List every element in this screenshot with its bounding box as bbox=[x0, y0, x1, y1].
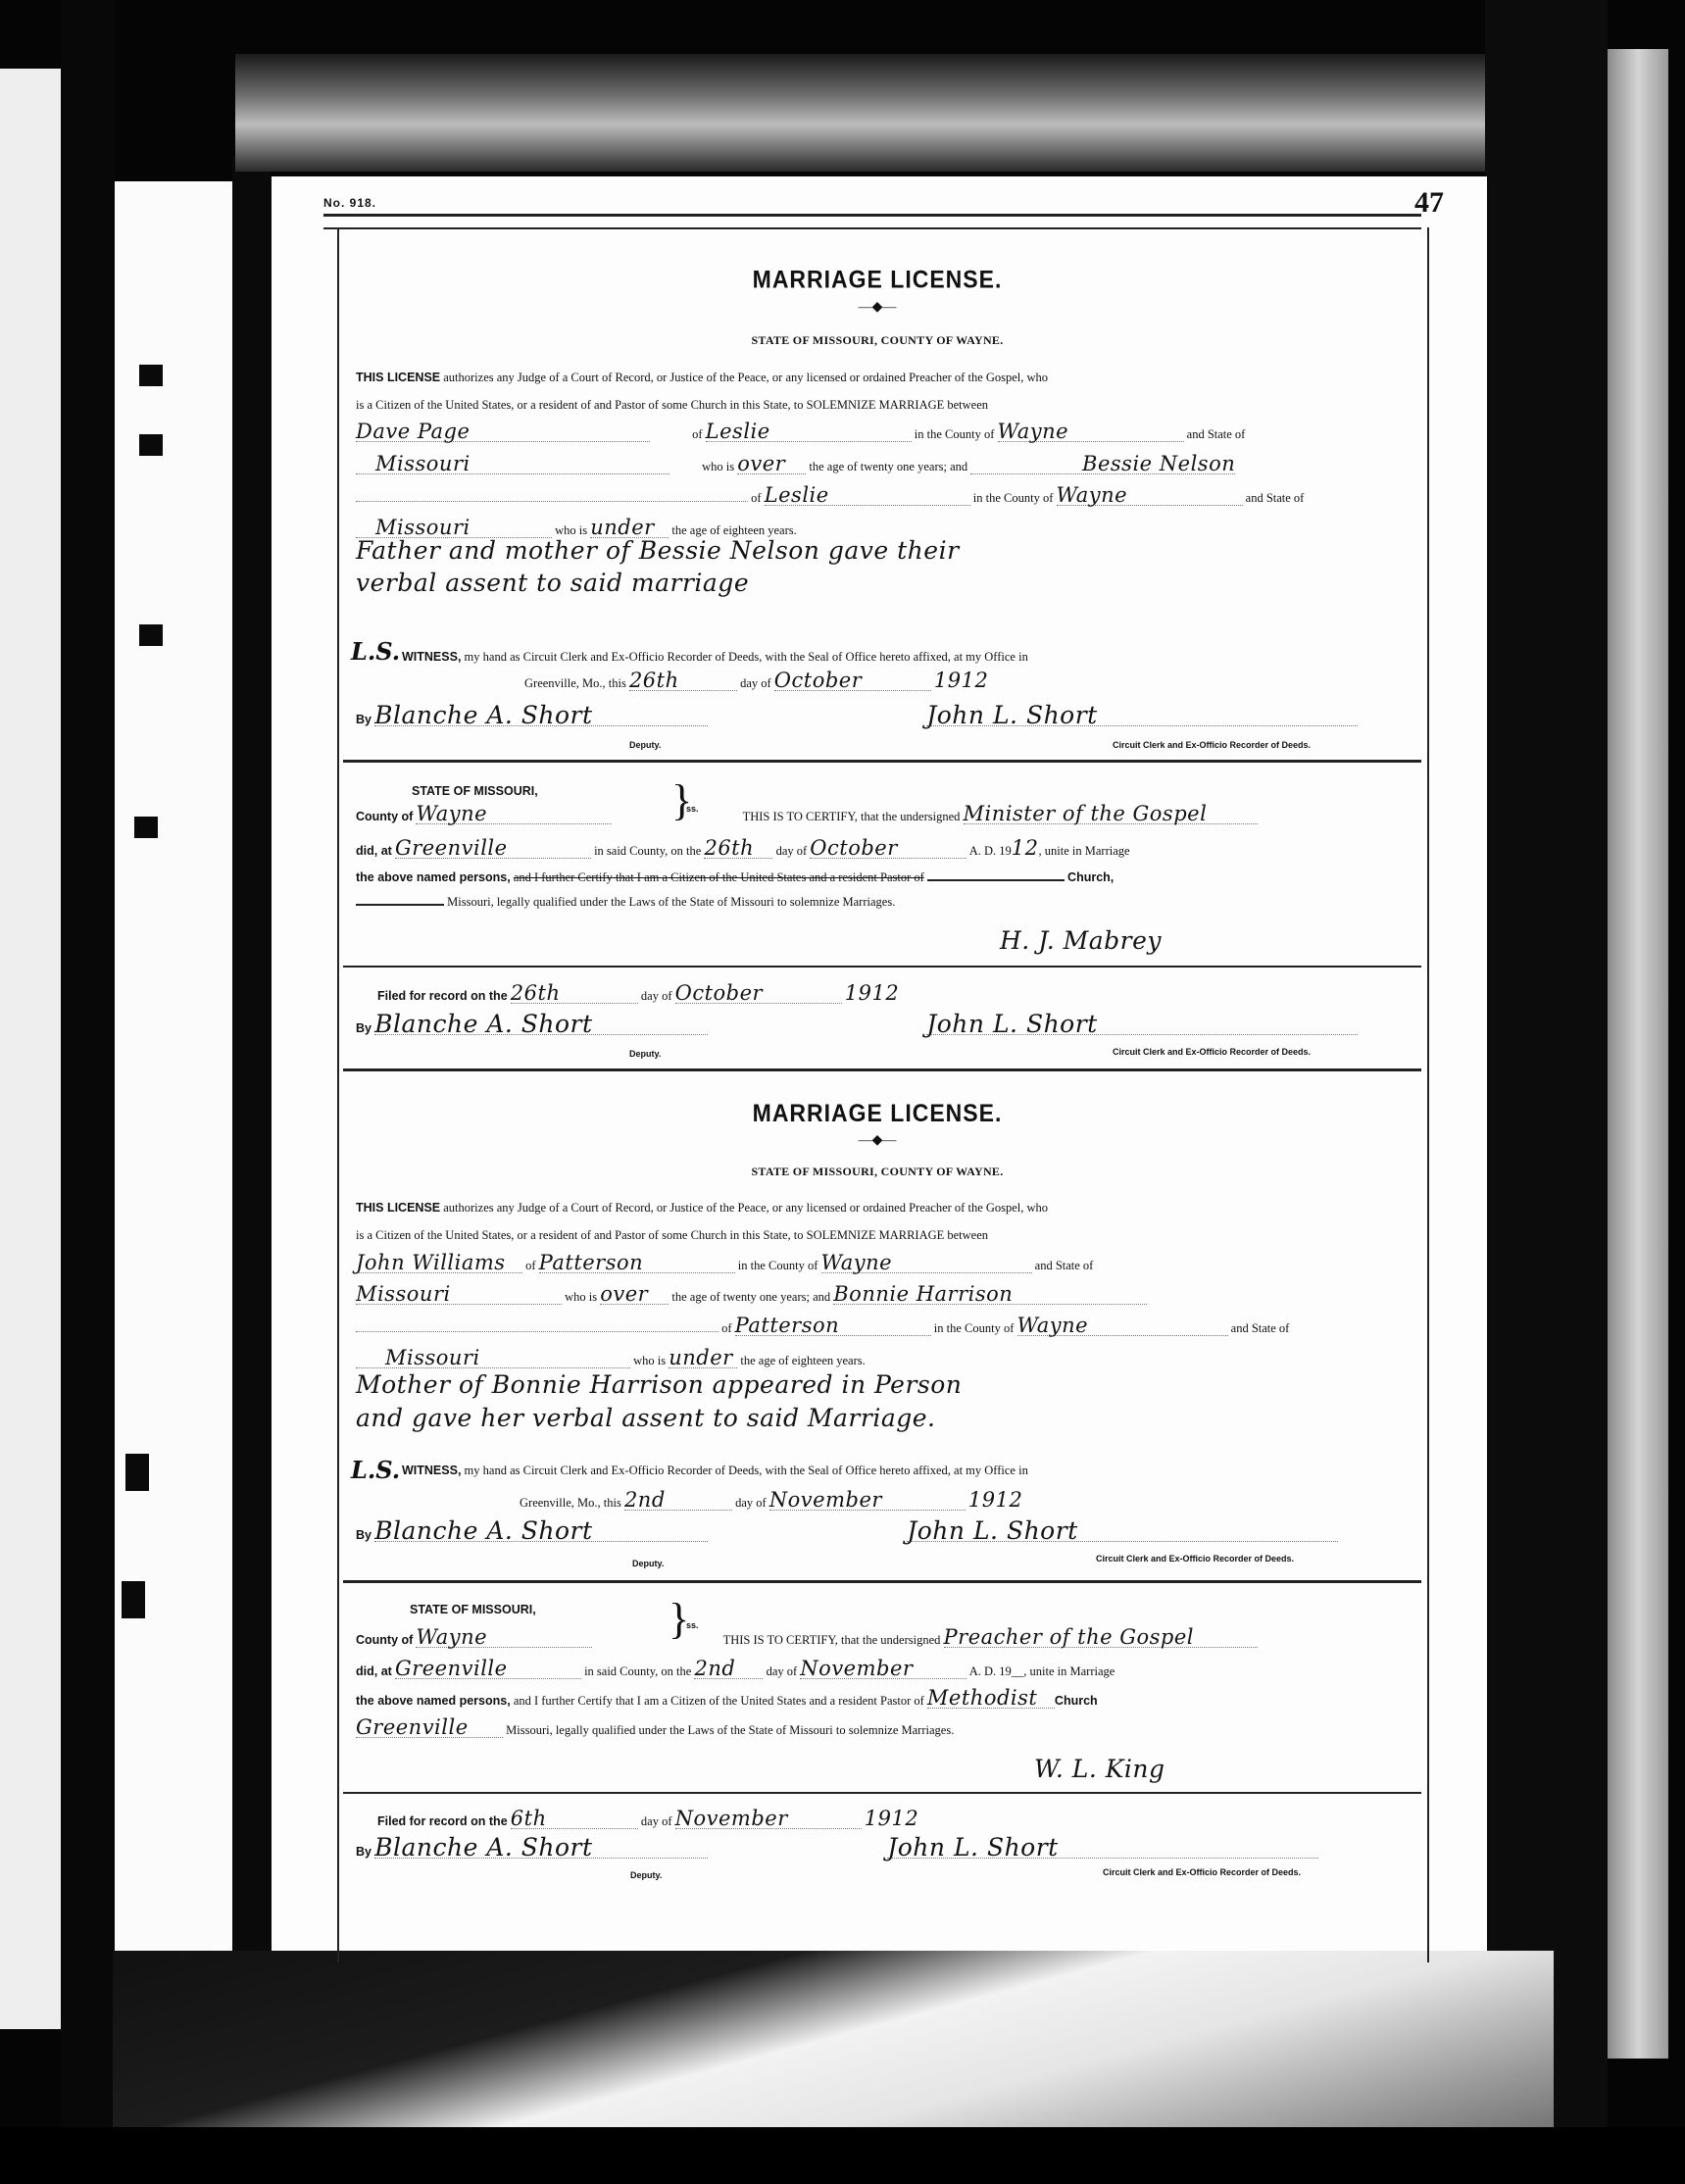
filed-day: 26th bbox=[511, 983, 638, 1004]
witness-month: November bbox=[769, 1490, 966, 1511]
cert-month: October bbox=[810, 838, 966, 859]
cert-town: Greenville bbox=[356, 1717, 503, 1738]
filed-signatures: By Blanche A. Short John L. Short bbox=[356, 1838, 1414, 1861]
witness-clause: WITNESS, my hand as Circuit Clerk and Ex… bbox=[402, 647, 1421, 667]
cert-further-line: the above named persons, and I further C… bbox=[356, 868, 1414, 887]
perforation-hole bbox=[122, 1581, 145, 1618]
witness-day: 26th bbox=[629, 670, 737, 691]
clerk-title-label: Circuit Clerk and Ex-Officio Recorder of… bbox=[1113, 740, 1311, 750]
witness-month: October bbox=[774, 670, 931, 691]
clerk-title-label: Circuit Clerk and Ex-Officio Recorder of… bbox=[1096, 1554, 1294, 1564]
perforation-hole bbox=[139, 365, 163, 386]
groom-town: Leslie bbox=[706, 422, 912, 442]
license-preamble-2: is a Citizen of the United States, or a … bbox=[356, 395, 1414, 415]
scan-top-shadow bbox=[235, 54, 1510, 172]
deputy-signature: Blanche A. Short bbox=[374, 706, 708, 726]
groom-county: Wayne bbox=[998, 422, 1184, 442]
consent-remarks-1: Father and mother of Bessie Nelson gave … bbox=[356, 541, 1414, 561]
deputy-label: Deputy. bbox=[629, 740, 661, 750]
bride-town: Patterson bbox=[735, 1315, 931, 1336]
witness-clause: WITNESS, my hand as Circuit Clerk and Ex… bbox=[402, 1461, 1421, 1480]
officiant-signature: H. J. Mabrey bbox=[1000, 926, 1162, 955]
cert-date-line: did, at Greenville in said County, on th… bbox=[356, 838, 1414, 861]
bride-county: Wayne bbox=[1017, 1315, 1228, 1336]
bride-county: Wayne bbox=[1057, 485, 1243, 506]
deputy-signature: Blanche A. Short bbox=[374, 1521, 708, 1542]
officiant-title: Preacher of the Gospel bbox=[944, 1627, 1258, 1648]
seal-mark: L.S. bbox=[351, 1456, 400, 1484]
filed-month: October bbox=[675, 983, 842, 1004]
license-signatures: By Blanche A. Short John L. Short bbox=[356, 1521, 1414, 1545]
deputy-label: Deputy. bbox=[630, 1870, 662, 1880]
consent-remarks-1: Mother of Bonnie Harrison appeared in Pe… bbox=[356, 1375, 1414, 1395]
cert-state-label: STATE OF MISSOURI, bbox=[410, 1600, 1468, 1619]
perforation-hole bbox=[139, 434, 163, 456]
groom-age-line: Missouri who is over the age of twenty o… bbox=[356, 1284, 1414, 1307]
cert-year: 12 bbox=[1012, 836, 1039, 860]
witness-day: 2nd bbox=[624, 1490, 732, 1511]
section-rule bbox=[343, 1068, 1421, 1071]
bride-name: Bonnie Harrison bbox=[833, 1284, 1147, 1305]
filed-day: 6th bbox=[511, 1809, 638, 1829]
bride-line: of Leslie in the County of Wayne and Sta… bbox=[356, 485, 1414, 508]
adjacent-frame-edge bbox=[1608, 49, 1668, 2059]
section-rule bbox=[343, 966, 1421, 968]
title-ornament: —◆— bbox=[338, 299, 1416, 316]
filed-deputy-signature: Blanche A. Short bbox=[374, 1838, 708, 1859]
cert-church: Methodist bbox=[927, 1688, 1055, 1709]
witness-date-line: Greenville, Mo., this 26th day of Octobe… bbox=[524, 670, 1583, 693]
cert-county: Wayne bbox=[416, 1627, 592, 1648]
cert-place: Greenville bbox=[395, 838, 591, 859]
bride-name: Bessie Nelson bbox=[970, 454, 1235, 474]
groom-name: John Williams bbox=[356, 1253, 522, 1273]
bride-age-status: under bbox=[590, 518, 669, 538]
groom-age-status: over bbox=[737, 454, 806, 474]
header-rule bbox=[323, 214, 1421, 217]
cert-day: 26th bbox=[704, 838, 772, 859]
cert-month: November bbox=[800, 1659, 966, 1679]
cert-place: Greenville bbox=[395, 1659, 581, 1679]
right-margin-rule bbox=[1427, 227, 1429, 1962]
deputy-label: Deputy. bbox=[632, 1559, 664, 1568]
cert-legal-line: Greenville Missouri, legally qualified u… bbox=[356, 1717, 1414, 1740]
license-preamble: THIS LICENSE authorizes any Judge of a C… bbox=[356, 1198, 1414, 1217]
perforation-hole bbox=[139, 624, 163, 646]
cert-legal-line: Missouri, legally qualified under the La… bbox=[356, 892, 1414, 912]
bride-state: Missouri bbox=[356, 518, 552, 538]
groom-town: Patterson bbox=[539, 1253, 735, 1273]
license-title: MARRIAGE LICENSE. bbox=[338, 1099, 1416, 1128]
consent-remarks-2: verbal assent to said marriage bbox=[356, 573, 1414, 593]
clerk-signature: John L. Short bbox=[907, 1521, 1338, 1542]
film-perforation-strip bbox=[115, 181, 232, 2044]
cert-county: Wayne bbox=[416, 804, 612, 824]
groom-name: Dave Page bbox=[356, 422, 650, 442]
cert-year: __ bbox=[1012, 1664, 1024, 1678]
witness-date-line: Greenville, Mo., this 2nd day of Novembe… bbox=[520, 1490, 1578, 1513]
groom-county: Wayne bbox=[821, 1253, 1032, 1273]
groom-line: John Williams of Patterson in the County… bbox=[356, 1253, 1414, 1275]
header-rule bbox=[323, 227, 1421, 229]
clerk-title-label: Circuit Clerk and Ex-Officio Recorder of… bbox=[1113, 1047, 1311, 1057]
groom-state: Missouri bbox=[356, 454, 669, 474]
cert-date-line: did, at Greenville in said County, on th… bbox=[356, 1659, 1414, 1681]
film-border-right bbox=[1485, 0, 1608, 2184]
officiant-signature: W. L. King bbox=[1034, 1755, 1165, 1783]
film-border-inner bbox=[232, 157, 272, 2019]
section-rule bbox=[343, 760, 1421, 763]
seal-mark: L.S. bbox=[351, 637, 400, 666]
filed-year: 1912 bbox=[845, 981, 899, 1005]
filed-clerk-signature: John L. Short bbox=[926, 1015, 1358, 1035]
bride-state: Missouri bbox=[356, 1348, 630, 1368]
officiant-title: Minister of the Gospel bbox=[964, 804, 1258, 824]
form-number: No. 918. bbox=[323, 196, 376, 210]
deputy-label: Deputy. bbox=[629, 1049, 661, 1059]
license-signatures: By Blanche A. Short John L. Short bbox=[356, 706, 1414, 729]
perforation-hole bbox=[125, 1454, 149, 1491]
perforation-hole bbox=[134, 817, 158, 838]
groom-age-status: over bbox=[600, 1284, 669, 1305]
bride-age-line: Missouri who is under the age of eightee… bbox=[356, 1348, 1414, 1370]
clerk-signature: John L. Short bbox=[926, 706, 1358, 726]
filed-month: November bbox=[675, 1809, 862, 1829]
license-preamble-2: is a Citizen of the United States, or a … bbox=[356, 1225, 1414, 1245]
filed-year: 1912 bbox=[865, 1807, 918, 1830]
section-rule bbox=[343, 1580, 1421, 1583]
cert-county-line: County of Wayne THIS IS TO CERTIFY, that… bbox=[356, 804, 1414, 826]
bride-town: Leslie bbox=[765, 485, 970, 506]
groom-state: Missouri bbox=[356, 1284, 562, 1305]
film-border-left bbox=[61, 0, 115, 2184]
groom-line: Dave Page of Leslie in the County of Way… bbox=[356, 422, 1414, 444]
filed-line: Filed for record on the 6th day of Novem… bbox=[377, 1809, 1436, 1831]
filed-signatures: By Blanche A. Short John L. Short bbox=[356, 1015, 1414, 1038]
license-title: MARRIAGE LICENSE. bbox=[338, 266, 1416, 295]
state-county-heading: STATE OF MISSOURI, COUNTY OF WAYNE. bbox=[338, 333, 1416, 348]
left-margin-rule bbox=[337, 227, 339, 1962]
cert-state-label: STATE OF MISSOURI, bbox=[412, 781, 1470, 801]
bride-age-status: under bbox=[669, 1348, 737, 1368]
filed-deputy-signature: Blanche A. Short bbox=[374, 1015, 708, 1035]
bride-line: of Patterson in the County of Wayne and … bbox=[356, 1315, 1414, 1338]
section-rule bbox=[343, 1792, 1421, 1794]
cert-county-line: County of Wayne THIS IS TO CERTIFY, that… bbox=[356, 1627, 1414, 1650]
witness-year: 1912 bbox=[968, 1488, 1022, 1512]
clerk-title-label: Circuit Clerk and Ex-Officio Recorder of… bbox=[1103, 1867, 1301, 1877]
film-border-bottom bbox=[0, 2127, 1685, 2184]
filed-clerk-signature: John L. Short bbox=[887, 1838, 1318, 1859]
title-ornament: —◆— bbox=[338, 1132, 1416, 1149]
filed-line: Filed for record on the 26th day of Octo… bbox=[377, 983, 1436, 1006]
consent-remarks-2: and gave her verbal assent to said Marri… bbox=[356, 1409, 1414, 1428]
license-preamble: THIS LICENSE authorizes any Judge of a C… bbox=[356, 368, 1414, 387]
cert-further-line: the above named persons, and I further C… bbox=[356, 1688, 1414, 1711]
state-county-heading: STATE OF MISSOURI, COUNTY OF WAYNE. bbox=[338, 1165, 1416, 1179]
groom-age-line: Missouri who is over the age of twenty o… bbox=[356, 454, 1414, 476]
film-edge-left bbox=[0, 69, 61, 2029]
cert-day: 2nd bbox=[694, 1659, 763, 1679]
witness-year: 1912 bbox=[934, 669, 988, 692]
